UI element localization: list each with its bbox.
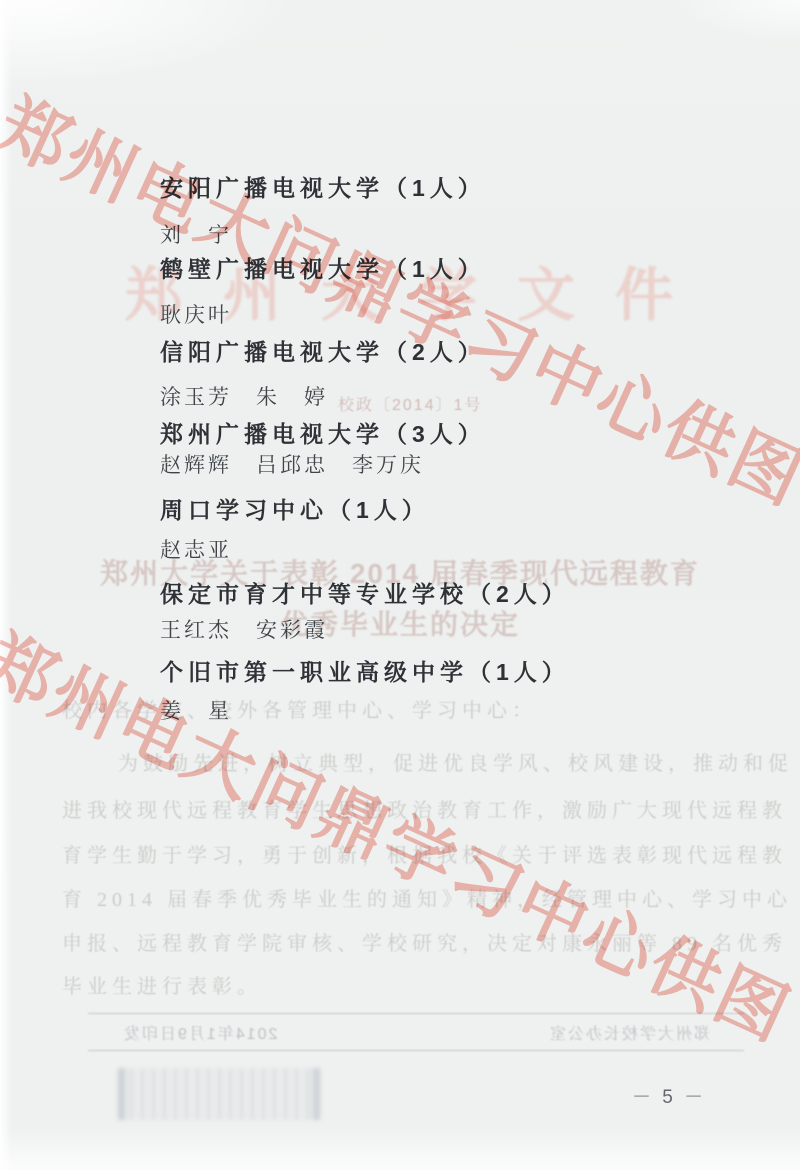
school-heading: 郑州广播电视大学（3人） [160, 416, 486, 449]
school-heading: 个旧市第一职业高级中学（1人） [160, 654, 570, 687]
school-heading: 保定市育才中等专业学校（2人） [160, 576, 570, 609]
graduate-names: 赵辉辉 吕邱忠 李万庆 [160, 449, 424, 479]
school-heading: 信阳广播电视大学（2人） [160, 334, 486, 367]
school-heading: 安阳广播电视大学（1人） [160, 170, 486, 203]
graduate-names: 赵志亚 [160, 534, 232, 564]
graduate-names: 姜 星 [160, 695, 232, 725]
document-content: 安阳广播电视大学（1人） 刘 宁 鹤壁广播电视大学（1人） 耿庆叶 信阳广播电视… [0, 0, 800, 1170]
graduate-names: 刘 宁 [160, 219, 232, 249]
graduate-names: 王红杰 安彩霞 [160, 614, 328, 644]
graduate-names: 涂玉芳 朱 婷 [160, 381, 328, 411]
graduate-names: 耿庆叶 [160, 299, 232, 329]
page-number: － 5 － [632, 1082, 706, 1109]
scanned-document-page: 郑州大学文件 校政〔2014〕1号 郑州大学关于表彰 2014 届春季现代远程教… [0, 0, 800, 1170]
school-heading: 周口学习中心（1人） [160, 492, 430, 525]
school-heading: 鹤壁广播电视大学（1人） [160, 251, 486, 284]
